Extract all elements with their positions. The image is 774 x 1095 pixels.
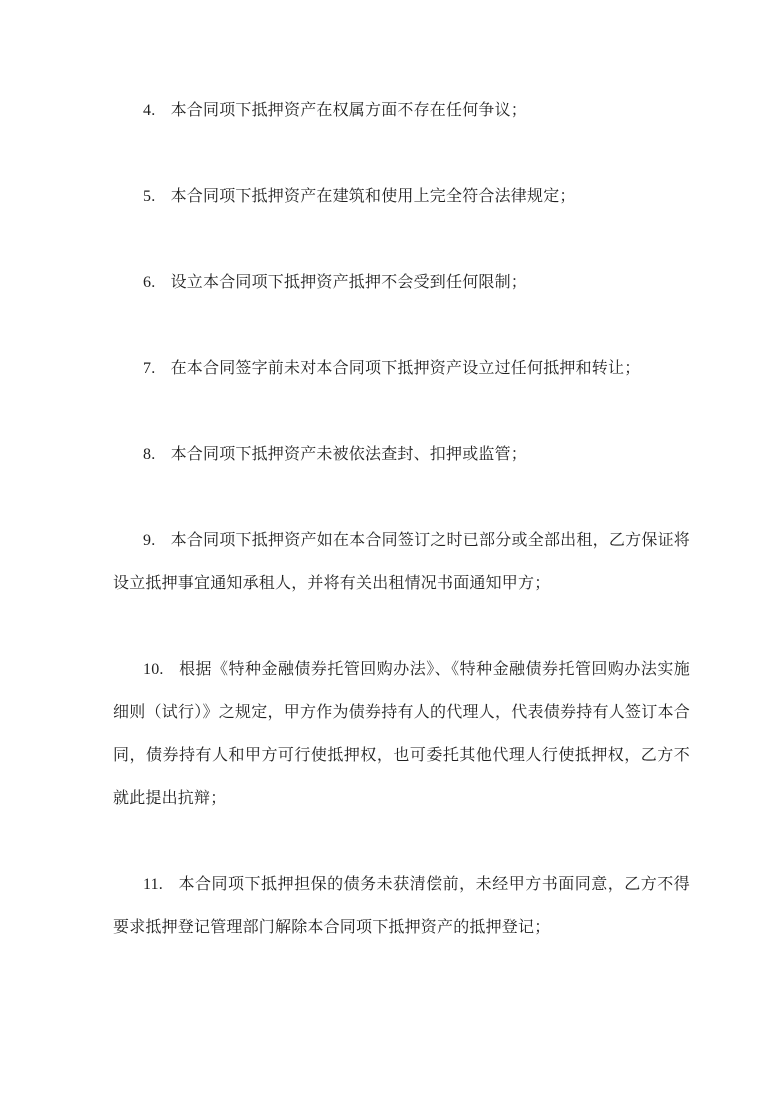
clause-text: 本合同项下抵押资产在权属方面不存在任何争议； <box>171 102 527 119</box>
clause-text: 本合同项下抵押担保的债务未获清偿前，未经甲方书面同意，乙方不得要求抵押登记管理部… <box>113 876 690 936</box>
clause-number: 4. <box>143 102 155 119</box>
clause-number: 5. <box>143 188 155 205</box>
document-content: 4.本合同项下抵押资产在权属方面不存在任何争议； 5.本合同项下抵押资产在建筑和… <box>0 0 774 949</box>
clause-paragraph-7: 7.在本合同签字前未对本合同项下抵押资产设立过任何抵押和转让； <box>113 347 690 390</box>
clause-paragraph-8: 8.本合同项下抵押资产未被依法查封、扣押或监管； <box>113 433 690 476</box>
clause-number: 9. <box>143 532 155 549</box>
clause-number: 10. <box>143 661 164 678</box>
clause-text: 本合同项下抵押资产未被依法查封、扣押或监管； <box>171 446 527 463</box>
clause-paragraph-11: 11.本合同项下抵押担保的债务未获清偿前，未经甲方书面同意，乙方不得要求抵押登记… <box>113 863 690 949</box>
clause-text: 本合同项下抵押资产在建筑和使用上完全符合法律规定； <box>171 188 576 205</box>
clause-number: 11. <box>143 876 163 893</box>
clause-text: 在本合同签字前未对本合同项下抵押资产设立过任何抵押和转让； <box>171 360 641 377</box>
clause-number: 7. <box>143 360 155 377</box>
clause-paragraph-4: 4.本合同项下抵押资产在权属方面不存在任何争议； <box>113 89 690 132</box>
clause-number: 8. <box>143 446 155 463</box>
clause-text: 本合同项下抵押资产如在本合同签订之时已部分或全部出租，乙方保证将设立抵押事宜通知… <box>113 532 690 592</box>
clause-paragraph-10: 10.根据《特种金融债券托管回购办法》、《特种金融债券托管回购办法实施细则（试行… <box>113 648 690 820</box>
clause-text: 根据《特种金融债券托管回购办法》、《特种金融债券托管回购办法实施细则（试行）》之… <box>113 661 690 807</box>
clause-number: 6. <box>143 274 155 291</box>
clause-paragraph-9: 9.本合同项下抵押资产如在本合同签订之时已部分或全部出租，乙方保证将设立抵押事宜… <box>113 519 690 605</box>
clause-paragraph-5: 5.本合同项下抵押资产在建筑和使用上完全符合法律规定； <box>113 175 690 218</box>
clause-text: 设立本合同项下抵押资产抵押不会受到任何限制； <box>171 274 527 291</box>
document-page: 4.本合同项下抵押资产在权属方面不存在任何争议； 5.本合同项下抵押资产在建筑和… <box>0 0 774 1095</box>
clause-paragraph-6: 6.设立本合同项下抵押资产抵押不会受到任何限制； <box>113 261 690 304</box>
